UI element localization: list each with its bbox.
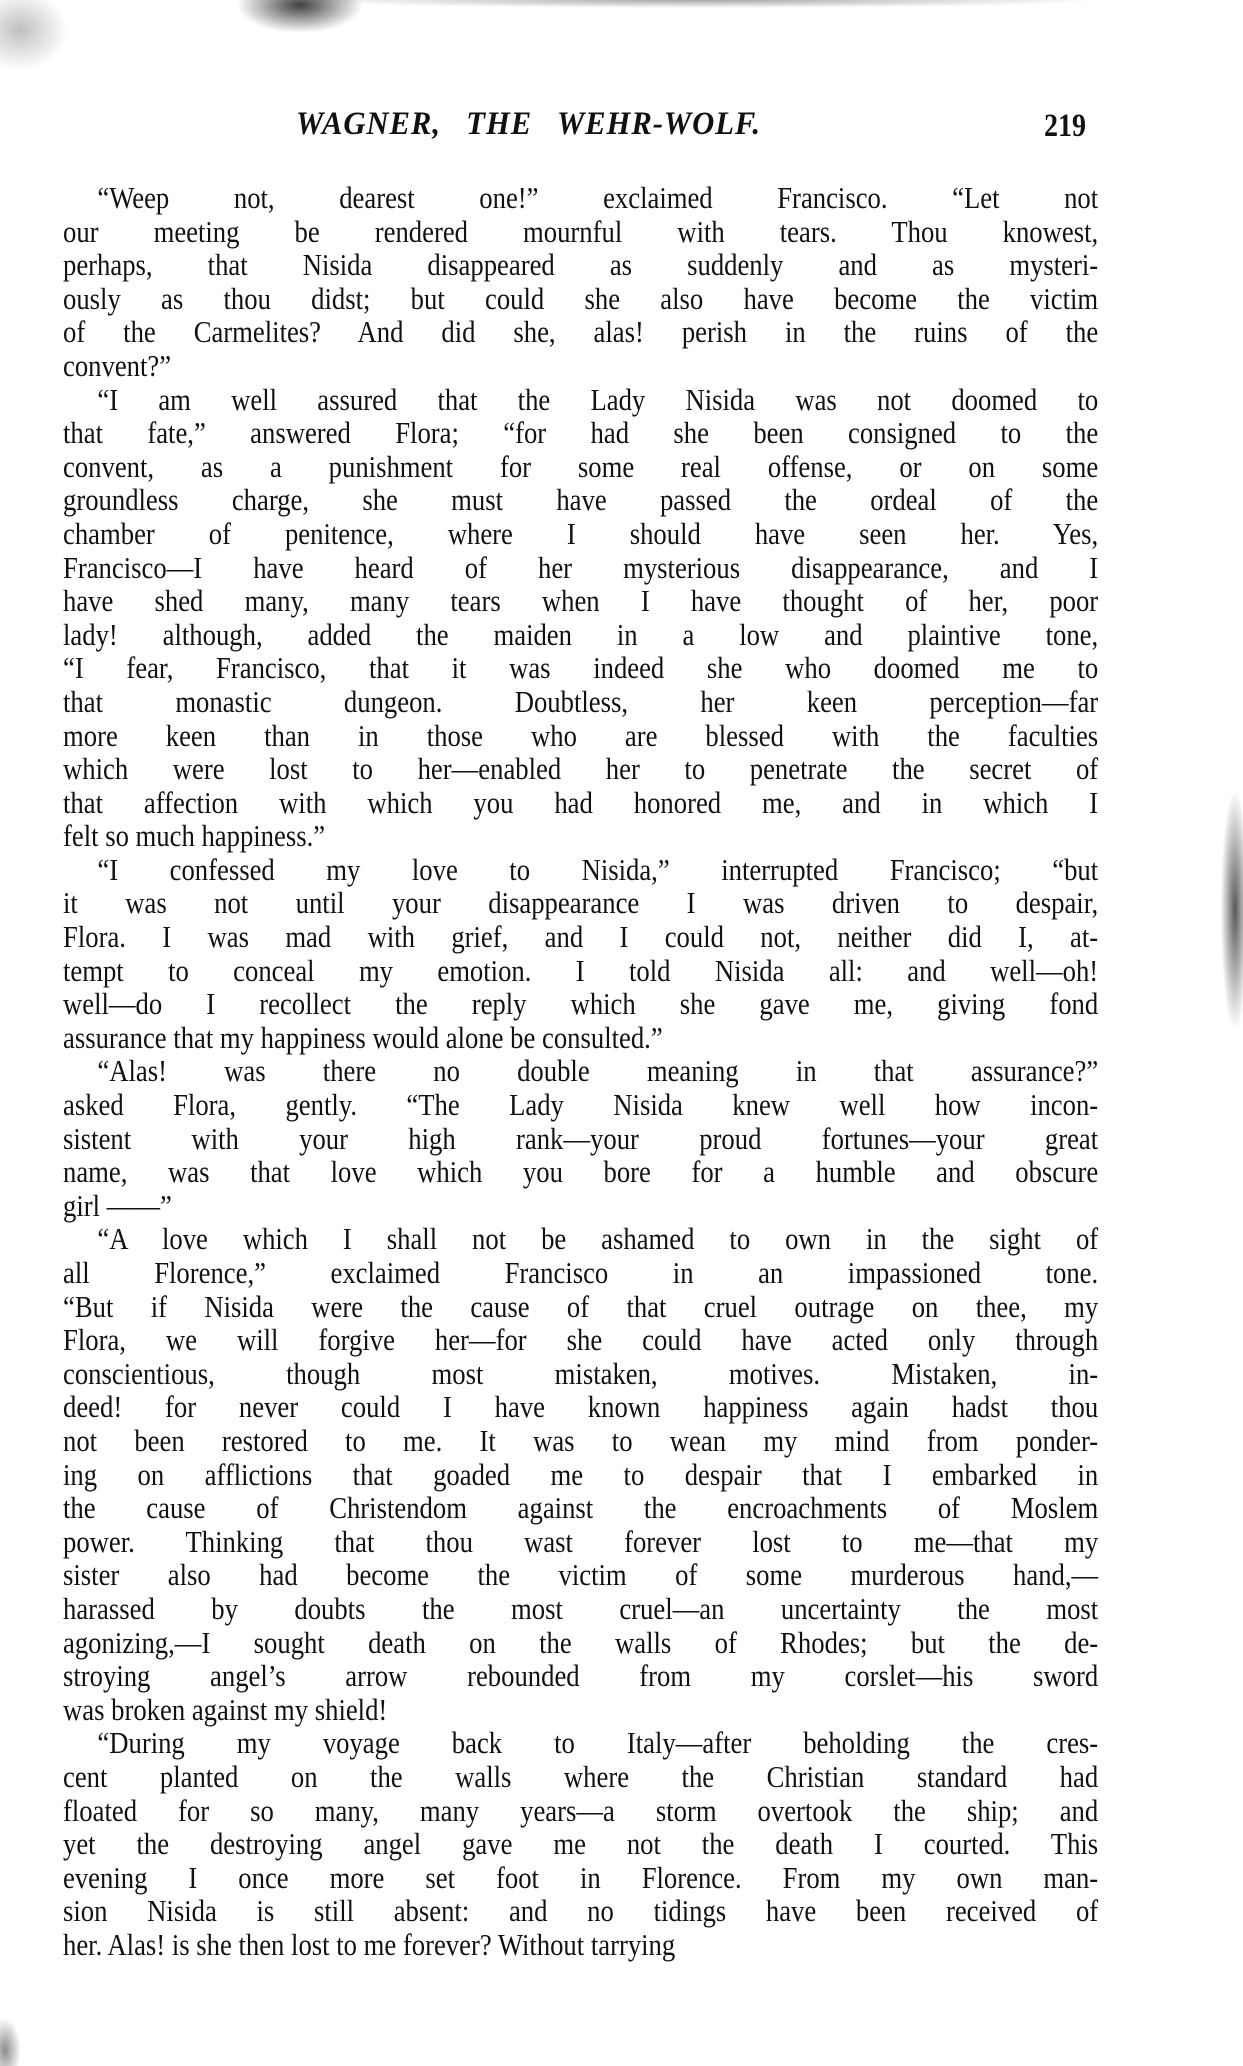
text-line: Francisco—I have heard of her mysterious… [63, 551, 1098, 585]
text-line: floated for so many, many years—a storm … [63, 1794, 1098, 1828]
text-line: more keen than in those who are blessed … [63, 719, 1098, 753]
text-line: agonizing,—I sought death on the walls o… [63, 1626, 1098, 1660]
text-line: our meeting be rendered mournful with te… [63, 215, 1098, 249]
text-line: harassed by doubts the most cruel—an unc… [63, 1592, 1098, 1626]
text-line: conscientious, though most mistaken, mot… [63, 1357, 1098, 1391]
text-line: convent, as a punishment for some real o… [63, 450, 1098, 484]
text-line: “Alas! was there no double meaning in th… [63, 1054, 1098, 1088]
text-line: power. Thinking that thou wast forever l… [63, 1525, 1098, 1559]
text-line: stroying angel’s arrow rebounded from my… [63, 1659, 1098, 1693]
text-line: of the Carmelites? And did she, alas! pe… [63, 315, 1098, 349]
text-line: which were lost to her—enabled her to pe… [63, 752, 1098, 786]
scan-smudge-top [0, 0, 1243, 70]
text-line: ing on afflictions that goaded me to des… [63, 1458, 1098, 1492]
running-head: WAGNER, THE WEHR-WOLF. 219 [0, 106, 1243, 146]
text-line: ously as thou didst; but could she also … [63, 282, 1098, 316]
paragraph: “I confessed my love to Nisida,” interru… [63, 853, 1098, 1055]
text-line: lady! although, added the maiden in a lo… [63, 618, 1098, 652]
paragraph: “Weep not, dearest one!” exclaimed Franc… [63, 181, 1098, 383]
text-line: evening I once more set foot in Florence… [63, 1861, 1098, 1895]
text-line: deed! for never could I have known happi… [63, 1390, 1098, 1424]
text-line: felt so much happiness.” [63, 819, 1098, 853]
text-line: her. Alas! is she then lost to me foreve… [63, 1928, 1098, 1962]
text-line: Flora, we will forgive her—for she could… [63, 1323, 1098, 1357]
text-line: all Florence,” exclaimed Francisco in an… [63, 1256, 1098, 1290]
text-line: it was not until your disappearance I wa… [63, 886, 1098, 920]
paragraph: “Alas! was there no double meaning in th… [63, 1054, 1098, 1222]
text-line: have shed many, many tears when I have t… [63, 584, 1098, 618]
text-line: convent?” [63, 349, 1098, 383]
scan-smudge-bottom-left [0, 1990, 40, 2066]
text-line: “I am well assured that the Lady Nisida … [63, 383, 1098, 417]
text-line: was broken against my shield! [63, 1693, 1098, 1727]
text-line: the cause of Christendom against the enc… [63, 1491, 1098, 1525]
text-line: name, was that love which you bore for a… [63, 1155, 1098, 1189]
text-line: that fate,” answered Flora; “for had she… [63, 416, 1098, 450]
text-line: “Weep not, dearest one!” exclaimed Franc… [63, 181, 1098, 215]
text-line: cent planted on the walls where the Chri… [63, 1760, 1098, 1794]
text-line: that monastic dungeon. Doubtless, her ke… [63, 685, 1098, 719]
running-title: WAGNER, THE WEHR-WOLF. [296, 106, 761, 143]
paragraph: “During my voyage back to Italy—after be… [63, 1726, 1098, 1961]
text-line: asked Flora, gently. “The Lady Nisida kn… [63, 1088, 1098, 1122]
text-line: Flora. I was mad with grief, and I could… [63, 920, 1098, 954]
text-line: groundless charge, she must have passed … [63, 483, 1098, 517]
text-line: sion Nisida is still absent: and no tidi… [63, 1894, 1098, 1928]
text-line: “I fear, Francisco, that it was indeed s… [63, 651, 1098, 685]
body-text: “Weep not, dearest one!” exclaimed Franc… [63, 181, 1098, 1961]
text-line: that affection with which you had honore… [63, 786, 1098, 820]
text-line: chamber of penitence, where I should hav… [63, 517, 1098, 551]
page-number: 219 [1044, 108, 1086, 145]
text-line: tempt to conceal my emotion. I told Nisi… [63, 954, 1098, 988]
scan-smudge-right [1205, 700, 1243, 1060]
text-line: assurance that my happiness would alone … [63, 1021, 1098, 1055]
text-line: not been restored to me. It was to wean … [63, 1424, 1098, 1458]
paragraph: “I am well assured that the Lady Nisida … [63, 383, 1098, 853]
text-line: perhaps, that Nisida disappeared as sudd… [63, 248, 1098, 282]
paragraph: “A love which I shall not be ashamed to … [63, 1222, 1098, 1726]
text-line: sister also had become the victim of som… [63, 1558, 1098, 1592]
text-line: “But if Nisida were the cause of that cr… [63, 1290, 1098, 1324]
text-line: “A love which I shall not be ashamed to … [63, 1222, 1098, 1256]
book-page: WAGNER, THE WEHR-WOLF. 219 “Weep not, de… [0, 0, 1243, 2066]
text-line: well—do I recollect the reply which she … [63, 987, 1098, 1021]
text-line: “I confessed my love to Nisida,” interru… [63, 853, 1098, 887]
text-line: yet the destroying angel gave me not the… [63, 1827, 1098, 1861]
text-line: girl ——” [63, 1189, 1098, 1223]
text-line: “During my voyage back to Italy—after be… [63, 1726, 1098, 1760]
text-line: sistent with your high rank—your proud f… [63, 1122, 1098, 1156]
